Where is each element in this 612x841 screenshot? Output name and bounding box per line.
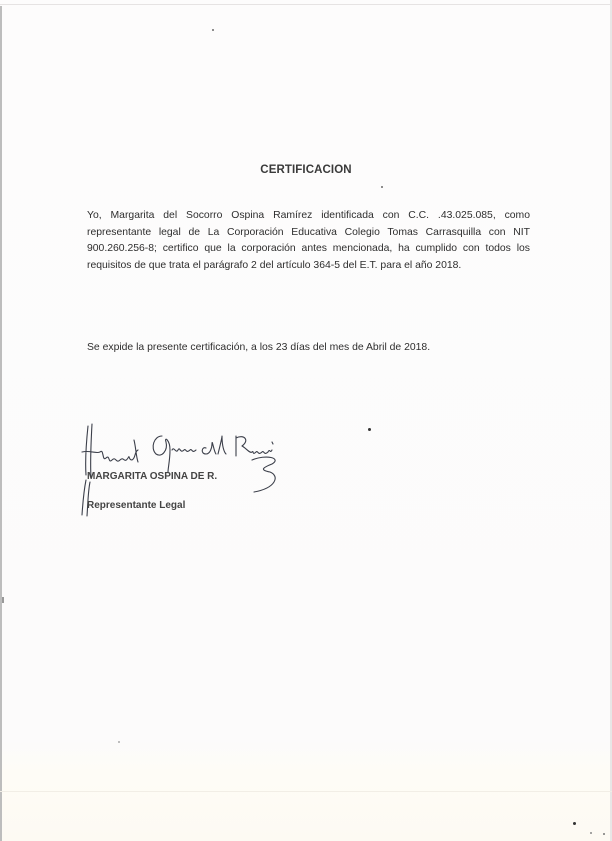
scan-edge-top [0, 4, 612, 5]
document-title: CERTIFICACION [0, 164, 612, 176]
scan-speck [368, 428, 371, 431]
scan-speck [118, 741, 120, 743]
scan-speck [212, 29, 214, 31]
scan-speck [381, 186, 383, 188]
scan-speck [573, 822, 576, 825]
scan-band [0, 791, 612, 792]
issued-statement: Se expide la presente certificación, a l… [87, 342, 430, 353]
certification-body: Yo, Margarita del Socorro Ospina Ramírez… [87, 208, 530, 274]
signatory-role: Representante Legal [87, 500, 185, 511]
scan-speck [603, 833, 605, 835]
body-line: representante legal de La Corporación Ed… [87, 225, 530, 242]
scan-edge-left [0, 6, 2, 841]
scan-speck [2, 597, 4, 603]
body-line: Yo, Margarita del Socorro Ospina Ramírez… [87, 208, 530, 225]
scan-speck [590, 832, 592, 834]
body-line: 900.260.256-8; certifico que la corporac… [87, 241, 530, 258]
signatory-name: MARGARITA OSPINA DE R. [87, 471, 217, 482]
body-line: requisitos de que trata el parágrafo 2 d… [87, 258, 530, 275]
scanned-page: CERTIFICACION Yo, Margarita del Socorro … [0, 0, 612, 841]
